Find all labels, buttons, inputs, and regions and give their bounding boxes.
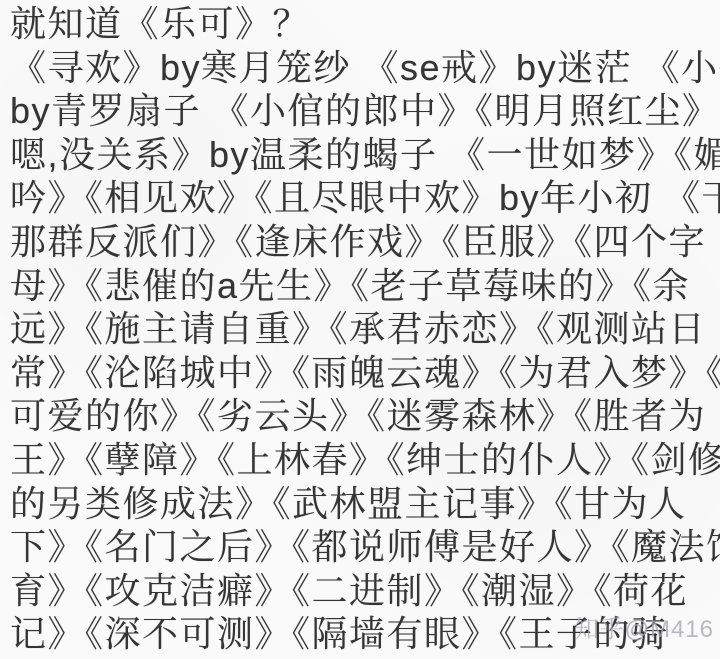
text-line: 吟》《相见欢》《且尽眼中欢》by年小初 《干死	[10, 176, 720, 220]
text-line: 母》《悲催的a先生》《老子草莓味的》《余	[10, 264, 720, 308]
text-line: 育》《攻克洁癖》《二进制》《潮湿》《荷花	[10, 569, 720, 613]
text-line: 那群反派们》《逢床作戏》《臣服》《四个字	[10, 220, 720, 264]
novel-title-list: 就知道《乐可》？ 《寻欢》by寒月笼纱 《se戒》by迷茫 《小倌》 by青罗扇…	[0, 2, 720, 656]
text-line: 嗯,没关系》by温柔的蝎子 《一世如梦》《媚宫	[10, 133, 720, 177]
text-line: 可爱的你》《劣云头》《迷雾森林》《胜者为	[10, 394, 720, 438]
text-line: 的另类修成法》《武林盟主记事》《甘为人	[10, 482, 720, 526]
text-line: 远》《施主请自重》《承君赤恋》《观测站日	[10, 307, 720, 351]
text-line: 就知道《乐可》？	[10, 2, 720, 46]
text-line: 下》《名门之后》《都说师傅是好人》《魔法饲	[10, 525, 720, 569]
text-line: 常》《沦陷城中》《雨魄云魂》《为君入梦》《	[10, 351, 720, 395]
text-line: by青罗扇子 《小倌的郎中》《明月照红尘》《	[10, 89, 720, 133]
text-line: 《寻欢》by寒月笼纱 《se戒》by迷茫 《小倌》	[10, 46, 720, 90]
text-line: 王》《孽障》《上林春》《绅士的仆人》《剑修	[10, 438, 720, 482]
zhihu-watermark: 知乎@M416	[575, 609, 714, 644]
text-screenshot-page: 就知道《乐可》？ 《寻欢》by寒月笼纱 《se戒》by迷茫 《小倌》 by青罗扇…	[0, 0, 720, 659]
